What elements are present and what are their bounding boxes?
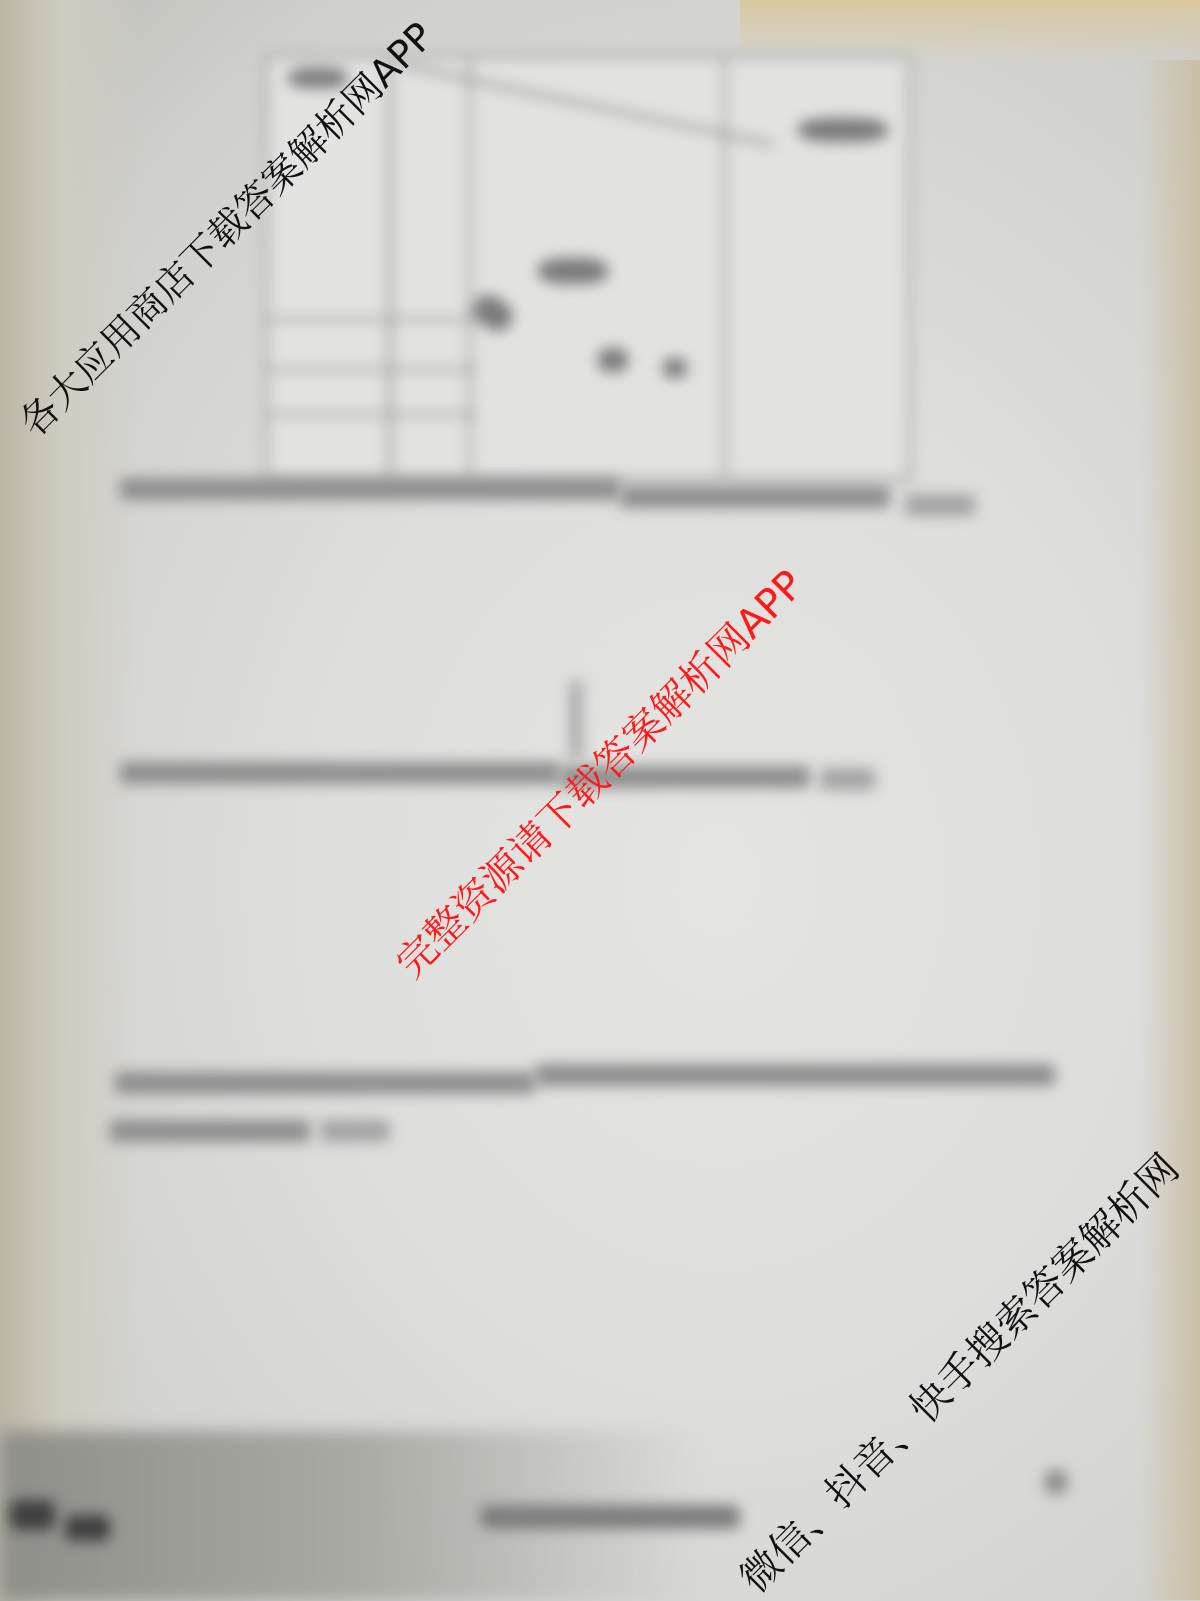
figure-gridline — [268, 318, 478, 321]
figure-coastline — [402, 64, 775, 147]
page-footer-text — [480, 1505, 740, 1529]
question-line — [115, 1072, 535, 1094]
question-line — [620, 486, 890, 508]
figure-gridline — [268, 413, 478, 416]
page-footer-mark — [10, 1500, 55, 1530]
question-score — [820, 768, 875, 790]
question-score — [905, 494, 975, 516]
question-line — [110, 1120, 310, 1142]
figure-gridline — [268, 368, 478, 371]
next-page-edge — [1140, 60, 1200, 1600]
figure-marker — [468, 289, 518, 337]
page-footer-mark — [65, 1515, 110, 1541]
figure-legend — [798, 118, 888, 142]
question-line — [535, 1064, 1055, 1086]
figure-marker — [663, 358, 687, 378]
answer-mark — [570, 680, 582, 760]
question-line — [120, 762, 560, 784]
figure-gridline — [723, 58, 726, 478]
figure-label — [538, 258, 608, 284]
figure-marker — [598, 348, 628, 372]
page-number — [1045, 1470, 1067, 1494]
question-score — [320, 1120, 390, 1142]
question-line — [120, 478, 620, 500]
